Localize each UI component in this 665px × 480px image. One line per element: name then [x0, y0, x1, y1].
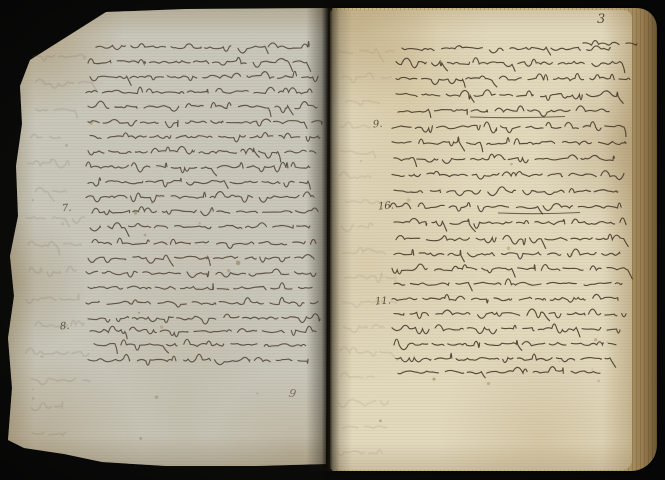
page-number: 3 — [597, 12, 605, 27]
manuscript-photo: 3 9 7.8.9.16.11. — [0, 0, 665, 480]
right-page — [330, 10, 632, 470]
left-page — [6, 8, 328, 468]
gutter-shadow — [306, 8, 352, 471]
